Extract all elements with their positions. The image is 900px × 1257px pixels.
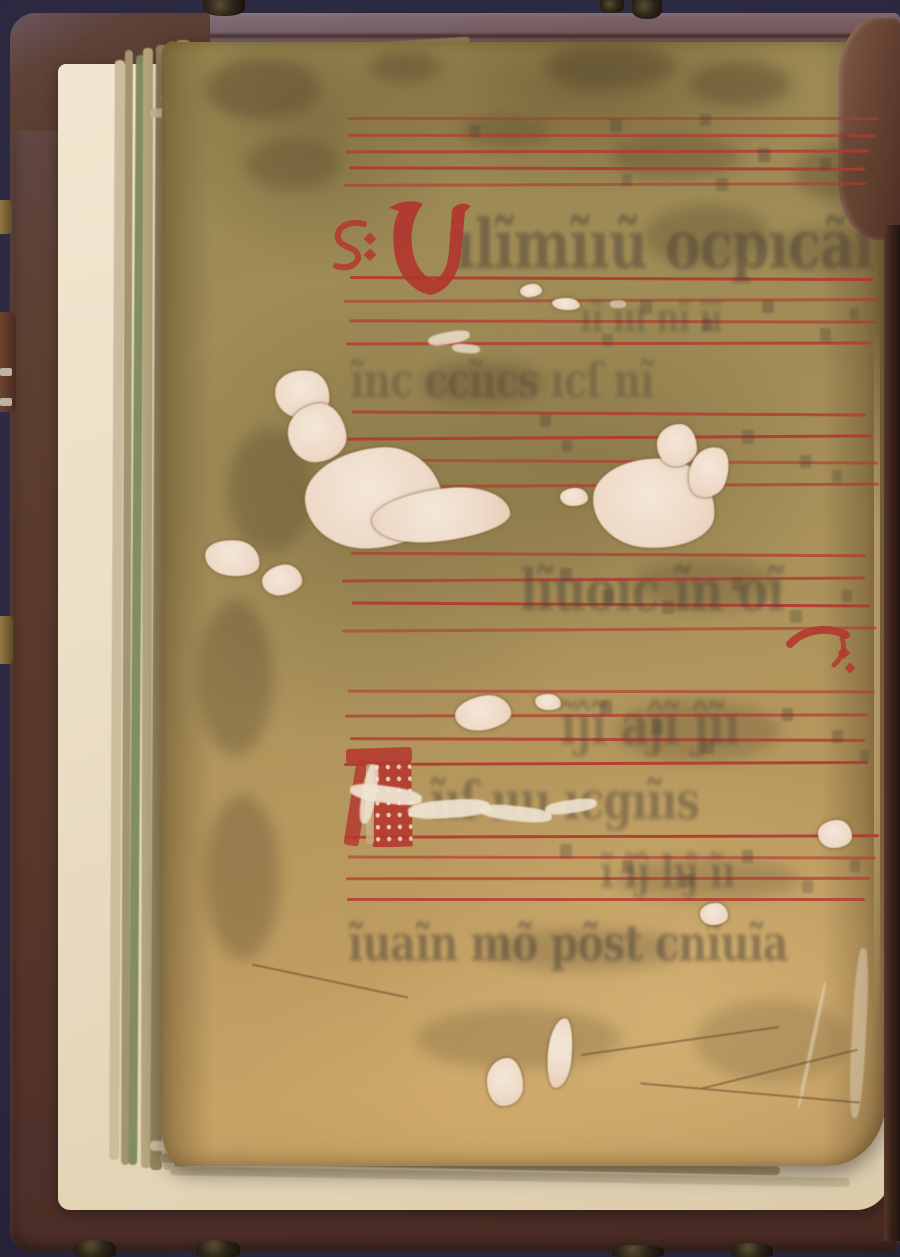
left-clasp-strap <box>0 312 16 412</box>
strap-staple <box>0 398 12 406</box>
top-boss-knob <box>600 0 624 13</box>
strap-staple <box>0 368 12 376</box>
bottom-foot-boss <box>74 1240 116 1257</box>
top-boss-knob <box>632 0 662 19</box>
bottom-foot-boss <box>196 1240 240 1257</box>
bottom-foot-boss <box>731 1243 773 1257</box>
left-brass-fitting <box>0 616 13 664</box>
left-brass-fitting <box>0 200 12 234</box>
binding-hardware-layer <box>0 0 900 1257</box>
bottom-foot-boss <box>612 1245 664 1257</box>
top-boss-knob <box>203 0 245 16</box>
manuscript-photo: ılĩmĩıũ ocpıcãııĩ ĩıı nĩ ĩĩĩnc ccĩıcs ıc… <box>0 0 900 1257</box>
